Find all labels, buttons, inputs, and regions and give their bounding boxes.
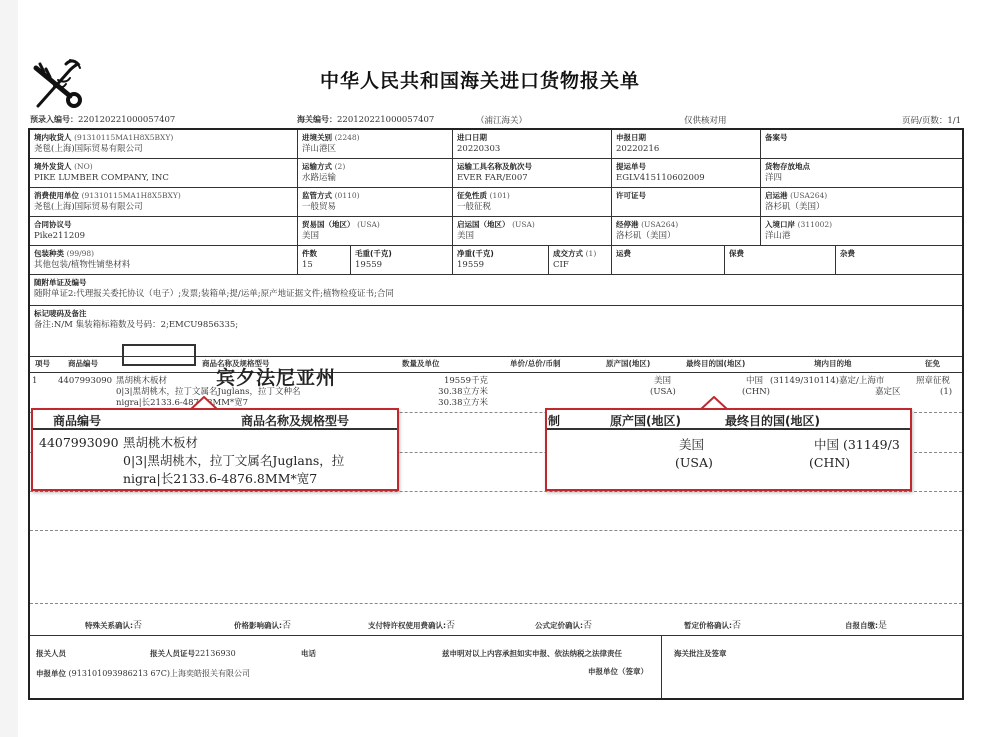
callout-header: 制 原产国(地区) 最终目的国(地区) [547, 410, 910, 430]
item-name-line: 黑胡桃木板材 [116, 376, 167, 387]
item-code: 4407993090 [58, 376, 112, 387]
attachments-cell: 随附单证及编号 随附单证2:代理报关委托协议（电子）;发票;装箱单;提/运单;原… [30, 275, 962, 306]
field-label-text: 合同协议号 [34, 220, 72, 229]
broker-label-text: 报关人员 [36, 649, 66, 658]
field-label: 包装种类 (99/98) [34, 248, 293, 259]
broker-label: 报关人员 [36, 648, 66, 659]
field-label-text: 成交方式 [553, 249, 583, 258]
field-label: 运输方式 (2) [302, 161, 448, 172]
field-value: 美国 [457, 230, 607, 243]
callout-col-currency: 制 [548, 412, 560, 429]
broker-id-value: 22136930 [195, 649, 236, 658]
field-code: (91310115MA1H8X5BXY) [82, 191, 181, 200]
field-value: 尧毯(上海)国际贸易有限公司 [34, 201, 293, 214]
field-label: 成交方式 (1) [553, 248, 607, 259]
field-label: 保费 [729, 248, 831, 259]
field-value: 19559 [457, 259, 544, 272]
declarant-seal: 申报单位（签章） [588, 666, 648, 677]
item-levy-line: (1) [940, 387, 952, 398]
header-field: 货物存放地点 洋四 [761, 159, 962, 188]
field-label-text: 入境口岸 [765, 220, 795, 229]
footer-top-rule [30, 635, 962, 636]
field-label-text: 保费 [729, 249, 744, 258]
field-label: 申报日期 [616, 132, 756, 143]
field-label-text: 境内收货人 [34, 133, 72, 142]
field-label-text: 杂费 [840, 249, 855, 258]
field-value: 20220216 [616, 143, 756, 156]
broker-id-label: 报关人员证号 [150, 649, 195, 658]
item-dest: 中国 [746, 376, 763, 387]
callout-product-line: 0|3|黑胡桃木，拉丁文属名Juglans，拉 [123, 453, 344, 469]
field-label: 运输工具名称及航次号 [457, 161, 607, 172]
field-value: 15 [302, 259, 346, 272]
field-label: 杂费 [840, 248, 958, 259]
header-field: 合同协议号 Pike211209 [30, 217, 298, 246]
row-divider [30, 603, 962, 604]
confirm-special-relationship: 特殊关系确认:否 [85, 618, 142, 631]
items-header-bottom-rule [30, 372, 962, 373]
field-code: (USA) [512, 220, 535, 229]
declaration-statement: 兹申明对以上内容承担如实申报、依法纳税之法律责任 [442, 648, 622, 659]
field-code: (NO) [74, 162, 93, 171]
field-label-text: 包装种类 [34, 249, 64, 258]
packing-field: 包装种类 (99/98)其他包装/植物性铺垫材料 [30, 246, 298, 275]
callout-dest: 中国 (31149/3 [814, 437, 900, 453]
pre-entry-number-label: 预录入编号： [30, 115, 78, 124]
field-code: (91310115MA1H8X5BXY) [74, 133, 173, 142]
pre-entry-number-value: 220120221000057407 [78, 115, 175, 125]
header-field: 许可证号 [612, 188, 761, 217]
field-label: 入境口岸 (311002) [765, 219, 958, 230]
items-header-code: 商品编号 [68, 358, 98, 369]
field-label: 境外发货人 (NO) [34, 161, 293, 172]
field-code: (101) [490, 191, 510, 200]
field-label: 启运港 (USA264) [765, 190, 958, 201]
page-margin [0, 0, 18, 737]
callout-dest-code: (CHN) [809, 455, 850, 471]
field-value: 一般贸易 [302, 201, 448, 214]
confirm-value: 否 [583, 621, 592, 631]
field-value: 洋四 [765, 172, 958, 185]
field-label: 经停港 (USA264) [616, 219, 756, 230]
field-value: 洋山港区 [302, 143, 448, 156]
field-value: 水路运输 [302, 172, 448, 185]
field-label: 净重(千克) [457, 248, 544, 259]
field-value: 20220303 [457, 143, 607, 156]
field-label: 毛重(千克) [355, 248, 448, 259]
items-header-domestic-dest: 境内目的地 [814, 358, 852, 369]
item-origin: 美国 [654, 376, 671, 387]
callout-origin: 美国 [679, 437, 704, 453]
header-field: 征免性质 (101)一般征税 [453, 188, 612, 217]
callout-col-name: 商品名称及规格型号 [241, 412, 349, 429]
field-label-text: 进口日期 [457, 133, 487, 142]
field-value: EGLV415110602009 [616, 172, 756, 185]
field-label: 启运国（地区） (USA) [457, 219, 607, 230]
items-header-price: 单价/总价/币制 [510, 358, 560, 369]
field-label: 许可证号 [616, 190, 756, 201]
field-label: 运费 [616, 248, 720, 259]
item-dest-code: (CHN) [742, 387, 770, 398]
phone-label-text: 电话 [301, 649, 316, 658]
header-field: 监管方式 (0110)一般贸易 [298, 188, 453, 217]
confirm-label: 自报自缴: [845, 621, 878, 630]
packing-field: 保费 [725, 246, 836, 275]
item-domestic-dest-line: 嘉定区 [875, 387, 901, 398]
phone-label: 电话 [301, 648, 316, 659]
confirm-label: 价格影响确认: [234, 621, 282, 630]
customs-office: （浦江海关） [476, 114, 527, 126]
customs-approval: 海关批注及签章 [674, 648, 727, 659]
field-label-text: 启运港 [765, 191, 788, 200]
row-divider [30, 530, 962, 531]
header-field: 启运国（地区） (USA)美国 [453, 217, 612, 246]
header-field: 运输工具名称及航次号 EVER FAR/E007 [453, 159, 612, 188]
field-label: 监管方式 (0110) [302, 190, 448, 201]
pre-entry-number: 预录入编号：220120221000057407 [30, 114, 175, 125]
callout-col-code: 商品编号 [53, 412, 101, 429]
header-field: 消费使用单位 (91310115MA1H8X5BXY)尧毯(上海)国际贸易有限公… [30, 188, 298, 217]
confirm-value: 否 [446, 621, 455, 631]
header-field: 备案号 [761, 130, 962, 159]
callout-product-line: 黑胡桃木板材 [123, 435, 198, 451]
self-declare-self-pay: 自报自缴:是 [845, 618, 887, 631]
header-field: 提运单号 EGLV415110602009 [612, 159, 761, 188]
field-label: 货物存放地点 [765, 161, 958, 172]
field-label-text: 件数 [302, 249, 317, 258]
field-label: 提运单号 [616, 161, 756, 172]
declarant-value: (913101093986213 67C)上海奕皓报关有限公司 [69, 669, 250, 678]
item-origin-code: (USA) [650, 387, 676, 398]
packing-field: 杂费 [836, 246, 962, 275]
field-code: (2248) [335, 133, 360, 142]
confirm-value: 否 [732, 621, 741, 631]
verification-note: 仅供核对用 [684, 114, 727, 126]
field-value: EVER FAR/E007 [457, 172, 607, 185]
field-label: 合同协议号 [34, 219, 293, 230]
field-label-text: 征免性质 [457, 191, 487, 200]
field-label-text: 消费使用单位 [34, 191, 79, 200]
field-label-text: 运输方式 [302, 162, 332, 171]
confirm-label: 公式定价确认: [535, 621, 583, 630]
customs-approval-text: 海关批注及签章 [674, 649, 727, 658]
field-code: (1) [586, 249, 597, 258]
field-value: 美国 [302, 230, 448, 243]
confirm-price-influence: 价格影响确认:否 [234, 618, 291, 631]
header-field: 运输方式 (2)水路运输 [298, 159, 453, 188]
field-label-text: 提运单号 [616, 162, 646, 171]
declarant-label: 申报单位 [36, 669, 66, 678]
field-label-text: 毛重(千克) [355, 249, 392, 258]
field-value: PIKE LUMBER COMPANY, INC [34, 172, 293, 185]
callout-product-detail: 商品编号 商品名称及规格型号 4407993090 黑胡桃木板材 0|3|黑胡桃… [31, 408, 399, 491]
field-code: (USA264) [790, 191, 827, 200]
page-info: 页码/页数：1/1 [902, 114, 961, 126]
item-qty-line: 30.38立方米 [438, 387, 488, 398]
packing-field: 毛重(千克) 19559 [351, 246, 453, 275]
field-label-text: 贸易国（地区） [302, 220, 355, 229]
field-code: (311002) [798, 220, 832, 229]
items-header-dest: 最终目的国(地区) [686, 358, 745, 369]
field-label-text: 进境关别 [302, 133, 332, 142]
items-header-levy: 征免 [925, 358, 940, 369]
field-label-text: 申报日期 [616, 133, 646, 142]
field-value: 洛杉矶（美国） [765, 201, 958, 214]
field-label-text: 监管方式 [302, 191, 332, 200]
confirm-label: 支付特许权使用费确认: [368, 621, 446, 630]
customs-number: 海关编号：220120221000057407 [297, 114, 434, 125]
customs-number-label: 海关编号： [297, 115, 337, 124]
item-qty-line: 19559千克 [444, 376, 488, 387]
field-label-text: 经停港 [616, 220, 639, 229]
field-value: 洋山港 [765, 230, 958, 243]
field-label: 境内收货人 (91310115MA1H8X5BXY) [34, 132, 293, 143]
field-label-text: 启运国（地区） [457, 220, 510, 229]
item-levy-line: 照章征税 [916, 376, 950, 387]
confirm-label: 特殊关系确认: [85, 621, 133, 630]
field-value: 其他包装/植物性铺垫材料 [34, 259, 293, 272]
declarant-seal-text: 申报单位（签章） [588, 667, 648, 676]
callout-origin-destination: 制 原产国(地区) 最终目的国(地区) 美国 (USA) 中国 (31149/3… [545, 408, 912, 491]
item-domestic-dest-line: (31149/310114)嘉定/上海市 [770, 376, 884, 387]
callout-col-origin: 原产国(地区) [610, 412, 681, 429]
confirm-value: 是 [878, 621, 887, 631]
header-field: 经停港 (USA264)洛杉矶（美国） [612, 217, 761, 246]
broker-id: 报关人员证号22136930 [150, 648, 236, 659]
row-divider [30, 491, 962, 492]
customs-declaration-page: 中华人民共和国海关进口货物报关单 预录入编号：22012022100005740… [0, 0, 1000, 737]
field-label: 贸易国（地区） (USA) [302, 219, 448, 230]
confirm-royalty: 支付特许权使用费确认:否 [368, 618, 455, 631]
callout-origin-code: (USA) [675, 455, 713, 471]
footer-divider [661, 635, 662, 698]
field-value: Pike211209 [34, 230, 293, 243]
field-label: 备案号 [765, 132, 958, 143]
items-header-seq: 项号 [35, 358, 50, 369]
items-header-qty: 数量及单位 [402, 358, 440, 369]
field-value: 19559 [355, 259, 448, 272]
field-label: 件数 [302, 248, 346, 259]
field-label-text: 备案号 [765, 133, 788, 142]
china-customs-emblem-icon [30, 56, 86, 110]
field-label: 消费使用单位 (91310115MA1H8X5BXY) [34, 190, 293, 201]
confirm-provisional-price: 暂定价格确认:否 [684, 618, 741, 631]
header-field: 境外发货人 (NO)PIKE LUMBER COMPANY, INC [30, 159, 298, 188]
field-label: 进口日期 [457, 132, 607, 143]
remarks-label: 标记唛码及备注 [34, 308, 958, 319]
field-value: CIF [553, 259, 607, 272]
field-code: (0110) [335, 191, 360, 200]
header-field: 入境口岸 (311002)洋山港 [761, 217, 962, 246]
header-field: 贸易国（地区） (USA)美国 [298, 217, 453, 246]
field-label-text: 许可证号 [616, 191, 646, 200]
header-field: 境内收货人 (91310115MA1H8X5BXY)尧毯(上海)国际贸易有限公司 [30, 130, 298, 159]
field-label-text: 货物存放地点 [765, 162, 810, 171]
callout-product-line: nigra|长2133.6-4876.8MM*宽7 [123, 471, 317, 487]
field-label: 进境关别 (2248) [302, 132, 448, 143]
header-field: 进境关别 (2248)洋山港区 [298, 130, 453, 159]
header-field: 进口日期 20220303 [453, 130, 612, 159]
field-code: (2) [335, 162, 346, 171]
field-value: 尧毯(上海)国际贸易有限公司 [34, 143, 293, 156]
header-field: 申报日期 20220216 [612, 130, 761, 159]
field-label-text: 境外发货人 [34, 162, 72, 171]
callout-header: 商品编号 商品名称及规格型号 [33, 410, 397, 430]
field-code: (USA264) [641, 220, 678, 229]
confirm-value: 否 [282, 621, 291, 631]
field-value: 一般征税 [457, 201, 607, 214]
confirm-formula-pricing: 公式定价确认:否 [535, 618, 592, 631]
field-label-text: 运费 [616, 249, 631, 258]
item-seq: 1 [32, 376, 37, 387]
declaration-statement-text: 兹申明对以上内容承担如实申报、依法纳税之法律责任 [442, 649, 622, 658]
packing-field: 运费 [612, 246, 725, 275]
field-label: 征免性质 (101) [457, 190, 607, 201]
declarant: 申报单位 (913101093986213 67C)上海奕皓报关有限公司 [36, 668, 250, 679]
header-field: 启运港 (USA264)洛杉矶（美国） [761, 188, 962, 217]
customs-number-value: 220120221000057407 [337, 115, 434, 125]
confirm-label: 暂定价格确认: [684, 621, 732, 630]
document-title: 中华人民共和国海关进口货物报关单 [320, 66, 640, 93]
callout-product-code: 4407993090 [39, 435, 119, 451]
remarks-value: 备注:N/M 集装箱标箱数及号码：2;EMCU9856335; [34, 319, 958, 332]
callout-col-dest: 最终目的国(地区) [725, 412, 820, 429]
field-code: (99/98) [67, 249, 94, 258]
redaction-box [122, 344, 196, 366]
confirm-value: 否 [133, 621, 142, 631]
packing-field: 净重(千克) 19559 [453, 246, 549, 275]
packing-field: 成交方式 (1)CIF [549, 246, 612, 275]
field-code: (USA) [357, 220, 380, 229]
item-qty-line: 30.38立方米 [438, 398, 488, 409]
attachments-value: 随附单证2:代理报关委托协议（电子）;发票;装箱单;提/运单;原产地证据文件;植… [34, 288, 958, 301]
field-value: 洛杉矶（美国） [616, 230, 756, 243]
field-label-text: 净重(千克) [457, 249, 494, 258]
items-header-origin: 原产国(地区) [606, 358, 650, 369]
watermark-text: 宾夕法尼亚州 [216, 363, 336, 390]
attachments-label: 随附单证及编号 [34, 277, 958, 288]
field-label-text: 运输工具名称及航次号 [457, 162, 532, 171]
packing-field: 件数 15 [298, 246, 351, 275]
